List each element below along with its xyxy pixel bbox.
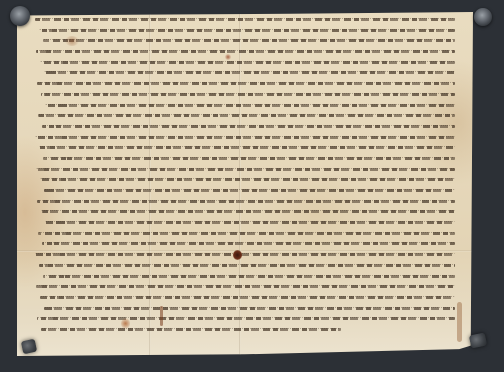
handwritten-text-block [35, 18, 463, 339]
script-line [45, 104, 455, 107]
script-line [41, 210, 455, 213]
script-line [44, 307, 455, 310]
pin-top-right [474, 8, 492, 26]
initial-stain [65, 36, 79, 46]
script-line [43, 39, 455, 42]
script-line [40, 296, 455, 299]
script-line [36, 285, 455, 288]
script-line [35, 136, 455, 139]
script-line [43, 157, 455, 160]
script-line [43, 275, 455, 278]
script-line [40, 61, 455, 64]
script-line [44, 189, 455, 192]
script-line [35, 253, 455, 256]
script-line [37, 200, 455, 203]
script-line [37, 82, 455, 85]
script-line [42, 242, 455, 245]
script-line [41, 328, 341, 331]
script-line [41, 93, 455, 96]
script-line [44, 71, 455, 74]
rust-stain-bottom [121, 318, 130, 329]
weight-bottom-right [469, 332, 487, 348]
script-line [42, 125, 455, 128]
rust-spot-top [225, 54, 231, 60]
script-line [35, 18, 455, 21]
ink-blot-stain [233, 250, 242, 260]
script-line [38, 232, 455, 235]
pin-top-left [10, 6, 30, 26]
script-line [36, 50, 455, 53]
script-line [39, 264, 455, 267]
script-line [39, 146, 455, 149]
script-line [37, 317, 455, 320]
parchment-document [17, 12, 473, 356]
script-line [40, 178, 455, 181]
script-line [36, 168, 455, 171]
ink-stroke-stain [160, 306, 163, 326]
photo-scene: Medieval handwritten parchment charter p… [0, 0, 504, 372]
script-line [45, 221, 455, 224]
script-line [38, 114, 455, 117]
script-line [39, 29, 455, 32]
edge-stain-right [457, 302, 462, 342]
